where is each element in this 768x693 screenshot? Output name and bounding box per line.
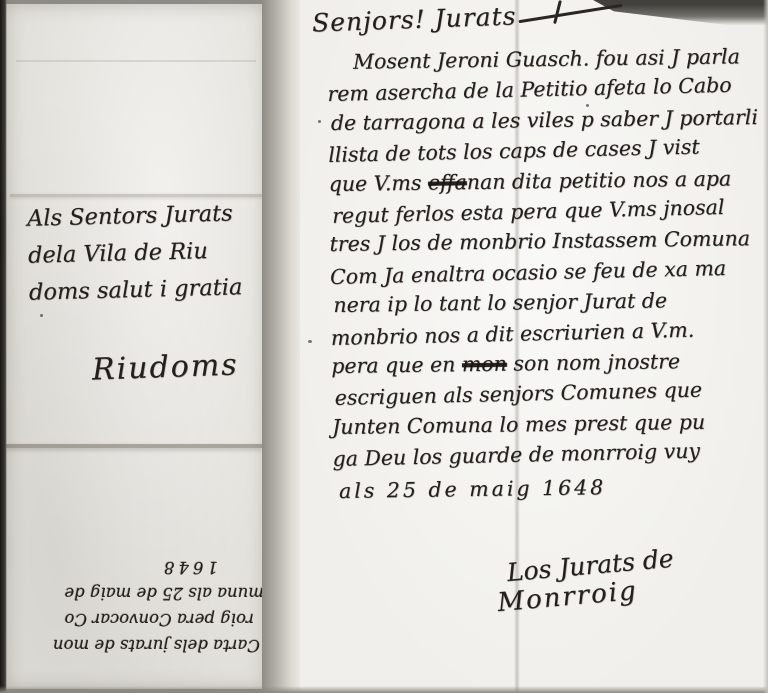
letter-text: escriguen als senjors Comunes que (334, 378, 702, 410)
note-line: roig pera Convocar Co (10, 606, 254, 632)
scan-edge-bottom (0, 686, 768, 693)
ink-speckle (318, 120, 321, 123)
note-line: Carta dels jurats de mon (10, 632, 260, 658)
ink-speckle (308, 340, 312, 343)
letter-leaf: Senjors! Jurats Mosent Jeroni Guasch. fo… (300, 0, 768, 693)
address-line: dela Vila de Riu (28, 232, 242, 275)
letter-text: que V.ms (329, 170, 429, 195)
letter-text: regut ferlos esta pera que V.ms jnosal (332, 195, 725, 228)
letter-text: Mosent Jeroni Guasch. fou asi J parla (353, 44, 740, 73)
letter-text: pera que en (331, 352, 462, 378)
address-line: Als Sentors Jurats (27, 195, 241, 238)
note-line: 1648 (10, 554, 218, 580)
archival-note-rotated: Carta dels jurats de mon roig pera Convo… (10, 554, 264, 658)
address-leaf: Als Sentors Jurats dela Vila de Riu doms… (6, 4, 266, 689)
letter-text: Com Ja enaltra ocasio se feu de xa ma (330, 256, 727, 289)
letter-text: tres J los de monbrio Instassem Comuna (329, 227, 750, 257)
manuscript-scan: Als Sentors Jurats dela Vila de Riu doms… (0, 0, 768, 693)
letter-text: nan dita petitio nos a apa (467, 166, 732, 194)
scan-edge-right (763, 0, 768, 693)
pen-stroke (518, 4, 622, 23)
ink-speckle (586, 104, 589, 107)
letter-text: son nom jnostre (507, 349, 681, 375)
cross-mark-icon (518, 0, 628, 28)
letter-text: monbrio nos a dit escriurien a V.m. (331, 317, 695, 349)
address-block: Als Sentors Jurats dela Vila de Riu doms… (27, 195, 243, 312)
salutation: Senjors! Jurats (312, 1, 517, 37)
fold-gutter-shadow (262, 0, 304, 693)
note-line: muna als 25 de maig de (10, 580, 264, 606)
signature-block: Los Jurats de Monrroig (480, 544, 677, 620)
struck-word: effa (428, 170, 467, 195)
letter-text: rem asercha de la Petitio afeta lo Cabo (327, 73, 732, 106)
address-line: doms salut i gratia (29, 269, 243, 312)
letter-text: Junten Comuna lo mes prest que pu (332, 410, 705, 439)
fold-crease-lower (6, 444, 262, 448)
ink-speckle (40, 314, 43, 317)
fold-crease-top (16, 60, 256, 62)
docket-placename: Riudoms (91, 347, 239, 387)
letter-text: ga Deu los guarde de monrroig vuy (332, 439, 700, 471)
letter-line: als 25 de maig 1648 (339, 470, 768, 506)
scan-edge-left (0, 0, 7, 693)
letter-text: de tarragona a les viles p saber J porta… (331, 105, 758, 135)
letter-body: Mosent Jeroni Guasch. fou asi J parlarem… (327, 41, 768, 506)
pen-stroke (553, 0, 561, 24)
letter-text: als 25 de maig 1648 (339, 475, 607, 503)
letter-text: llista de tots los caps de cases J vist (328, 135, 700, 167)
struck-word: mon (462, 352, 507, 377)
letter-text: nera ip lo tant lo senjor Jurat de (333, 289, 667, 318)
